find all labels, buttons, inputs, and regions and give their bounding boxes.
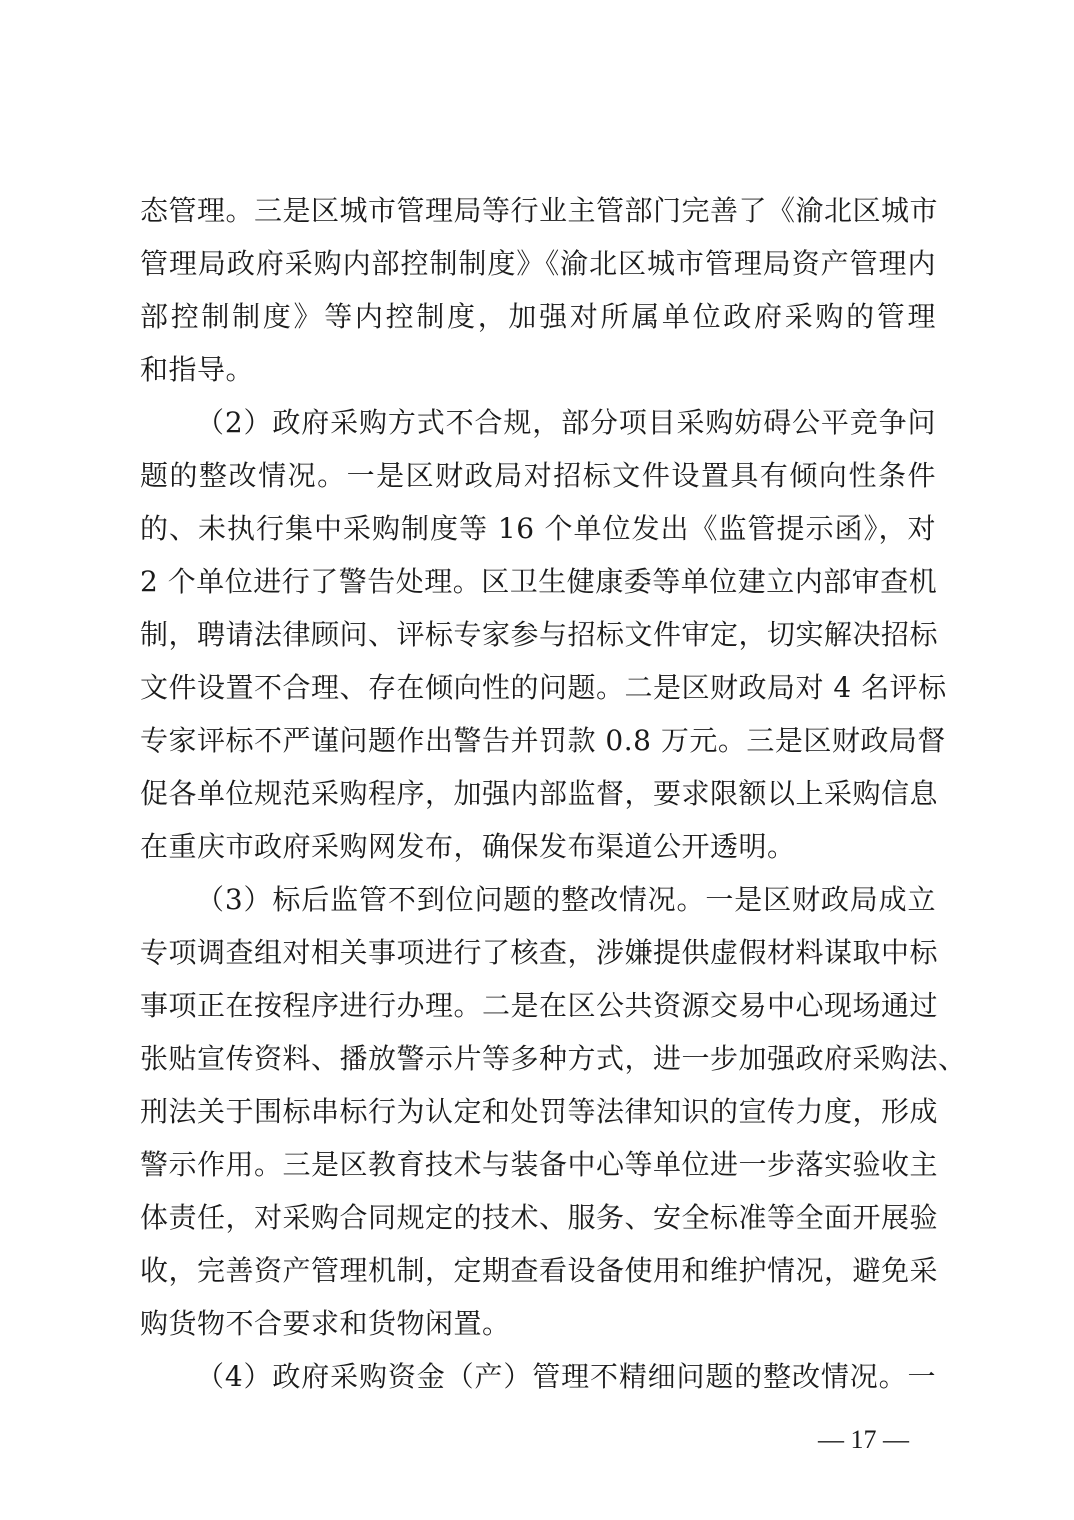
text-line: 2 个单位进行了警告处理。区卫生健康委等单位建立内部审查机: [140, 555, 936, 608]
text-line: 收，完善资产管理机制，定期查看设备使用和维护情况，避免采: [140, 1244, 936, 1297]
text-line: 张贴宣传资料、播放警示片等多种方式，进一步加强政府采购法、: [140, 1032, 936, 1085]
paragraph-item-4: （4）政府采购资金（产）管理不精细问题的整改情况。一: [140, 1350, 936, 1403]
text-line: 刑法关于围标串标行为认定和处罚等法律知识的宣传力度，形成: [140, 1085, 936, 1138]
text-line: 体责任，对采购合同规定的技术、服务、安全标准等全面开展验: [140, 1191, 936, 1244]
text-line: 促各单位规范采购程序，加强内部监督，要求限额以上采购信息: [140, 767, 936, 820]
text-line: 事项正在按程序进行办理。二是在区公共资源交易中心现场通过: [140, 979, 936, 1032]
text-line: 专项调查组对相关事项进行了核查，涉嫌提供虚假材料谋取中标: [140, 926, 936, 979]
text-line: 和指导。: [140, 343, 936, 396]
text-line: 部控制制度》等内控制度，加强对所属单位政府采购的管理: [140, 290, 936, 343]
text-line: 制，聘请法律顾问、评标专家参与招标文件审定，切实解决招标: [140, 608, 936, 661]
text-line: 警示作用。三是区教育技术与装备中心等单位进一步落实验收主: [140, 1138, 936, 1191]
text-line: 专家评标不严谨问题作出警告并罚款 0.8 万元。三是区财政局督: [140, 714, 936, 767]
page-number: — 17 —: [818, 1425, 909, 1455]
text-line: 购货物不合要求和货物闲置。: [140, 1297, 936, 1350]
paragraph: 态管理。三是区城市管理局等行业主管部门完善了《渝北区城市 管理局政府采购内部控制…: [140, 184, 936, 396]
text-line: 态管理。三是区城市管理局等行业主管部门完善了《渝北区城市: [140, 184, 936, 237]
text-line: 管理局政府采购内部控制制度》《渝北区城市管理局资产管理内: [140, 237, 936, 290]
paragraph-item-2: （2）政府采购方式不合规，部分项目采购妨碍公平竞争问 题的整改情况。一是区财政局…: [140, 396, 936, 873]
document-body: 态管理。三是区城市管理局等行业主管部门完善了《渝北区城市 管理局政府采购内部控制…: [140, 184, 936, 1403]
text-line: 文件设置不合理、存在倾向性的问题。二是区财政局对 4 名评标: [140, 661, 936, 714]
text-line: 题的整改情况。一是区财政局对招标文件设置具有倾向性条件: [140, 449, 936, 502]
text-line: （4）政府采购资金（产）管理不精细问题的整改情况。一: [140, 1350, 936, 1403]
text-line: （2）政府采购方式不合规，部分项目采购妨碍公平竞争问: [140, 396, 936, 449]
paragraph-item-3: （3）标后监管不到位问题的整改情况。一是区财政局成立 专项调查组对相关事项进行了…: [140, 873, 936, 1350]
text-line: 的、未执行集中采购制度等 16 个单位发出《监管提示函》，对: [140, 502, 936, 555]
text-line: 在重庆市政府采购网发布，确保发布渠道公开透明。: [140, 820, 936, 873]
text-line: （3）标后监管不到位问题的整改情况。一是区财政局成立: [140, 873, 936, 926]
